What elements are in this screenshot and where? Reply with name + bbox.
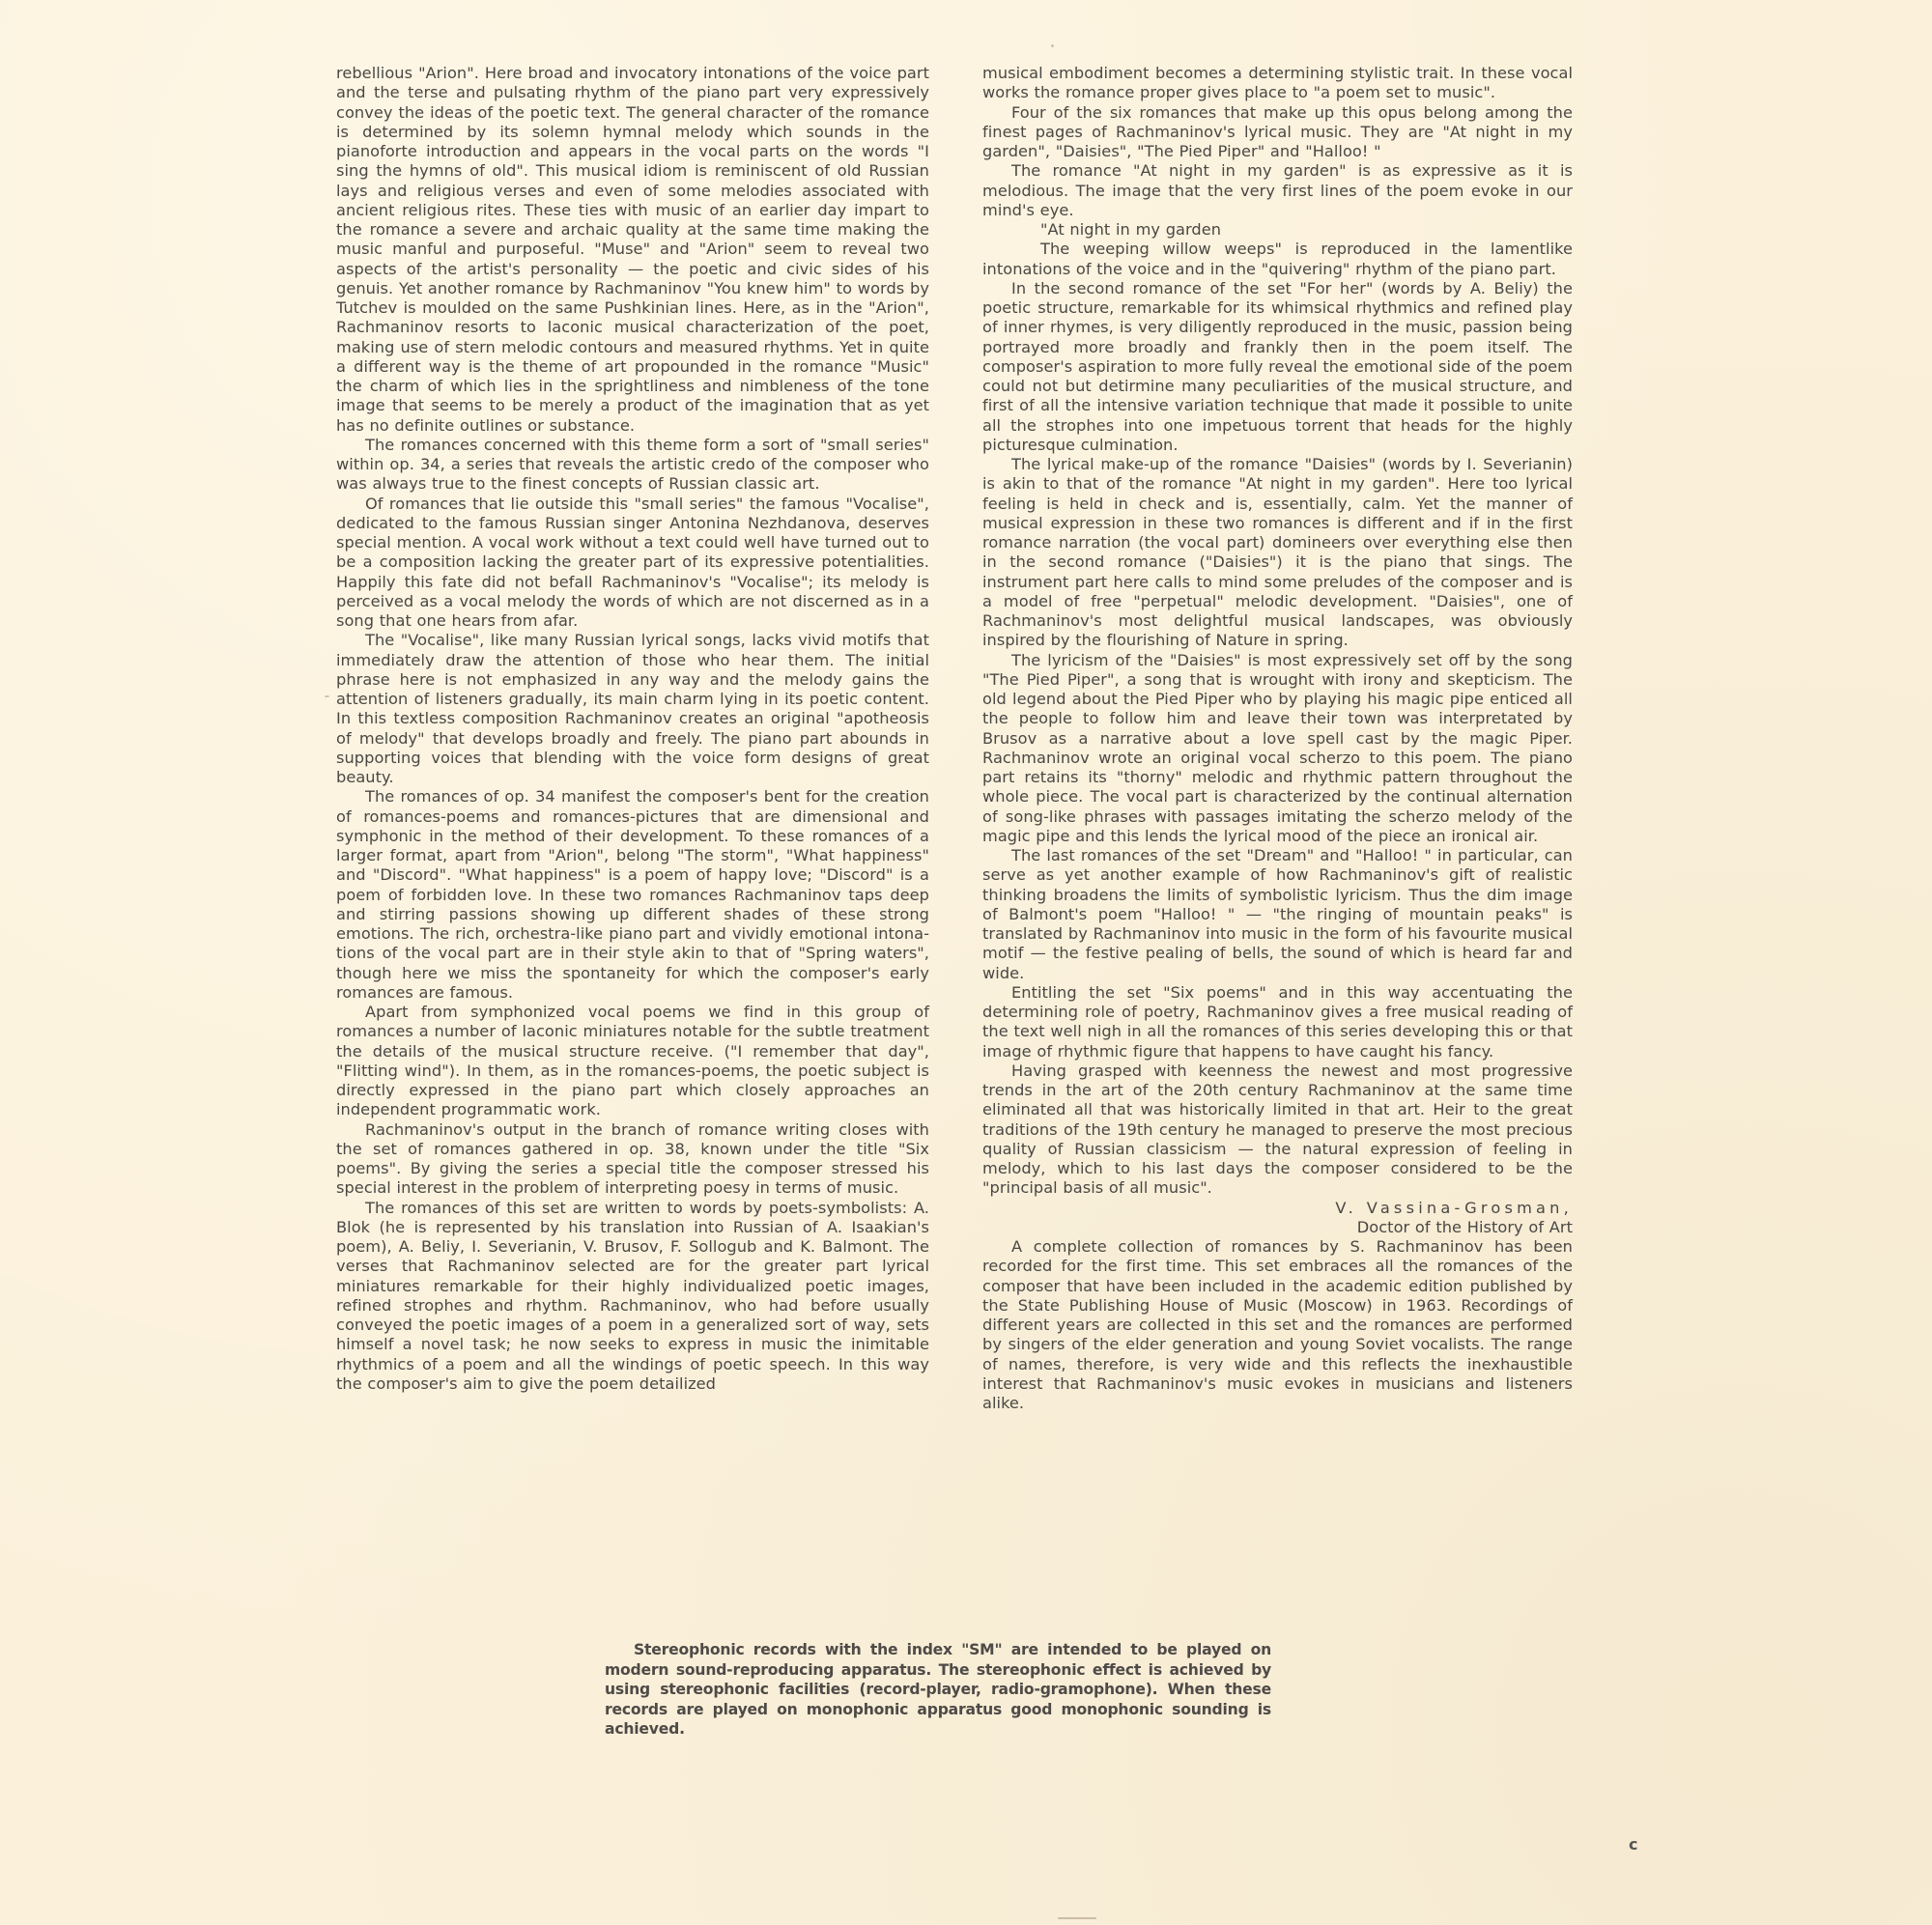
paragraph-daisies: The lyrical make-up of the romance "Dais… — [982, 455, 1573, 651]
paragraph-miniatures: Apart from symphonized vocal poems we fi… — [336, 1003, 929, 1120]
paper-speck — [1058, 1917, 1096, 1919]
paragraph-dream-halloo: The last romances of the set "Dream" and… — [982, 846, 1573, 983]
stereo-footnote: Stereophonic records with the index "SM"… — [605, 1640, 1271, 1740]
paragraph-op38-six-poems: Rachmaninov's output in the branch of ro… — [336, 1120, 929, 1199]
author-title: Doctor of the History of Art — [982, 1218, 1573, 1237]
paragraph-symbolist-poets: The romances of this set are written to … — [336, 1199, 929, 1395]
author-signature: V. Vassina-Grosman, — [982, 1199, 1573, 1218]
paragraph-four-romances: Four of the six romances that make up th… — [982, 103, 1573, 162]
paragraph-op34-poems: The romances of op. 34 manifest the comp… — [336, 787, 929, 1003]
paragraph-vocalise-melody: The "Vocalise", like many Russian lyrica… — [336, 631, 929, 787]
left-text-column: rebellious "Arion". Here broad and invoc… — [336, 64, 929, 1394]
paragraph-progressive-trends: Having grasped with keenness the newest … — [982, 1062, 1573, 1199]
verse-quote-line-1: "At night in my garden — [982, 220, 1573, 240]
paper-speck — [1051, 44, 1054, 47]
stereo-footnote-text: Stereophonic records with the index "SM"… — [605, 1640, 1271, 1740]
author-name: V. Vassina-Grosman, — [1335, 1199, 1573, 1217]
verse-quote-line-2: The weeping willow weeps" is reproduced … — [982, 240, 1573, 279]
paragraph-embodiment-continued: musical embodiment becomes a determining… — [982, 64, 1573, 103]
paragraph-small-series: The romances concerned with this theme f… — [336, 436, 929, 495]
paragraph-complete-collection: A complete collection of romances by S. … — [982, 1237, 1573, 1413]
page-marker: c — [1629, 1835, 1637, 1854]
paragraph-at-night-garden: The romance "At night in my garden" is a… — [982, 161, 1573, 220]
paragraph-arion-continued: rebellious "Arion". Here broad and invoc… — [336, 64, 929, 436]
paper-speck — [325, 695, 329, 697]
paragraph-for-her: In the second romance of the set "For he… — [982, 279, 1573, 455]
right-text-column: musical embodiment becomes a determining… — [982, 64, 1573, 1413]
paragraph-vocalise-intro: Of romances that lie outside this "small… — [336, 495, 929, 632]
paragraph-six-poems-title: Entitling the set "Six poems" and in thi… — [982, 983, 1573, 1062]
paragraph-pied-piper: The lyricism of the "Daisies" is most ex… — [982, 651, 1573, 847]
